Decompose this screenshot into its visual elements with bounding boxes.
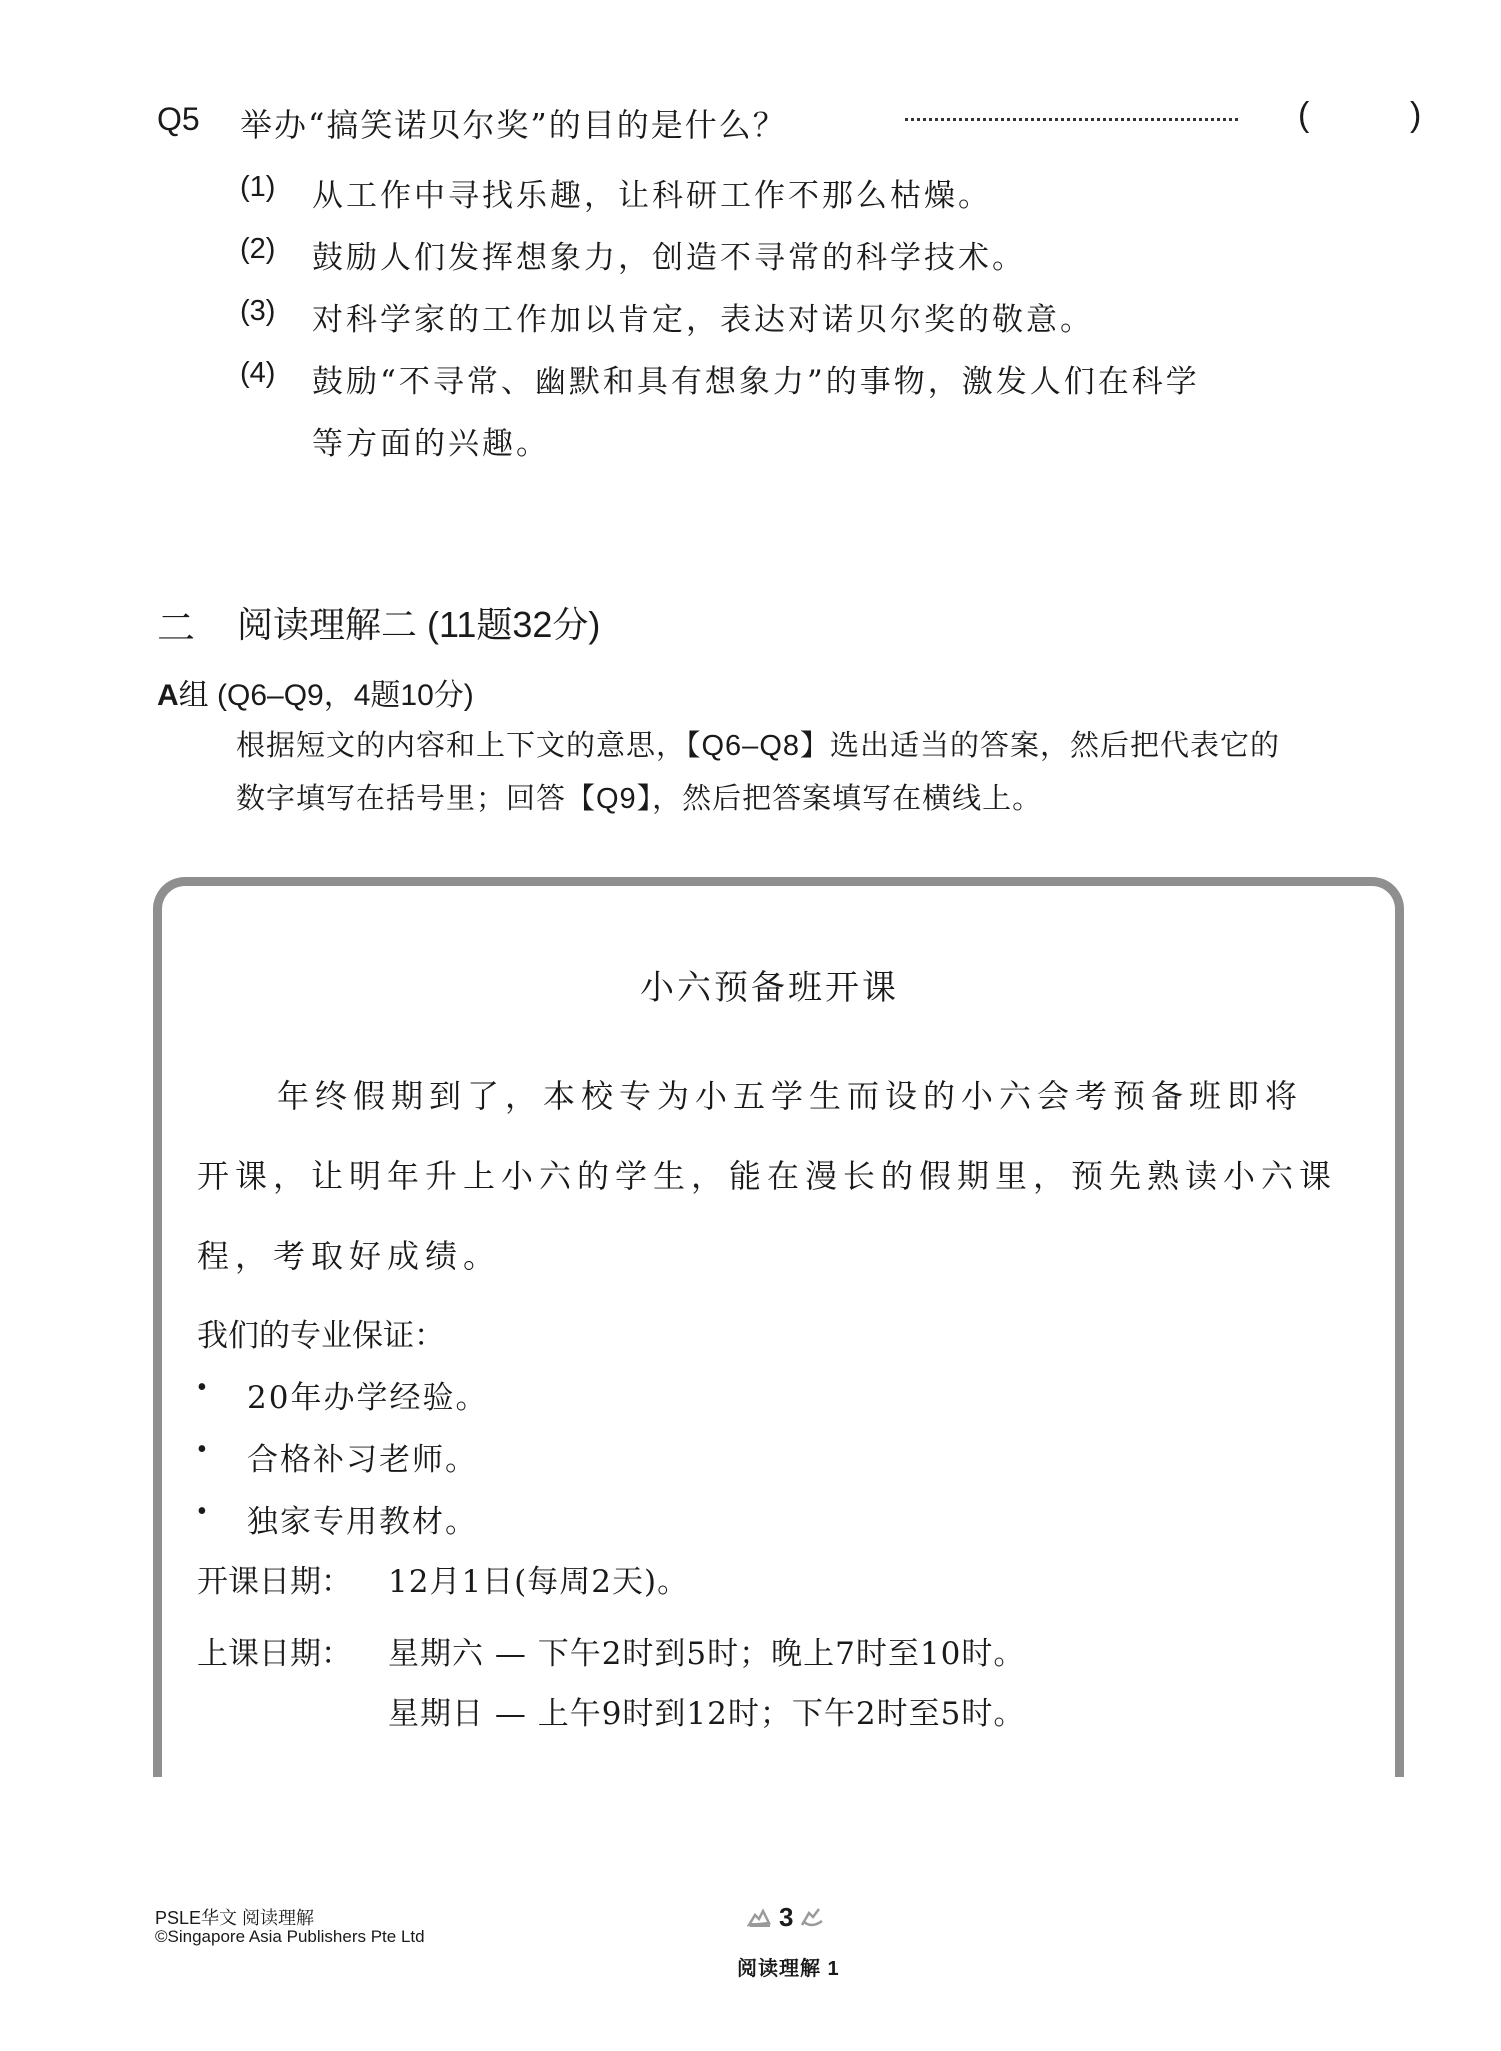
- instruction-line-1: 根据短文的内容和上下文的意思，【Q6–Q8】选出适当的答案，然后把代表它的: [236, 723, 1280, 764]
- start-date-label: 开课日期：: [197, 1556, 352, 1601]
- footer-page-number: 3: [747, 1902, 825, 1933]
- reading-hand-icon: [747, 1907, 773, 1929]
- answer-blank[interactable]: [1320, 100, 1405, 140]
- dotted-leader: [905, 118, 1238, 121]
- group-letter: A: [157, 679, 179, 712]
- bullet-icon: •: [197, 1372, 207, 1404]
- paragraph-line-3: 程，考取好成绩。: [197, 1231, 501, 1277]
- section-title: 阅读理解二 (11题32分): [237, 597, 600, 648]
- paragraph-line-1: 年终假期到了，本校专为小五学生而设的小六会考预备班即将: [277, 1071, 1303, 1117]
- footer-section-label: 阅读理解 1: [737, 1952, 840, 1981]
- option-2-text: 鼓励人们发挥想象力，创造不寻常的科学技术。: [312, 232, 1026, 277]
- instruction-line-2: 数字填写在括号里；回答【Q9】，然后把答案填写在横线上。: [236, 776, 1042, 817]
- page-number: 3: [779, 1902, 793, 1933]
- footer-copyright: ©Singapore Asia Publishers Pte Ltd: [155, 1927, 425, 1947]
- question-number: Q5: [157, 101, 200, 138]
- bullet-icon: •: [197, 1434, 207, 1466]
- option-1-number: (1): [240, 171, 275, 204]
- bullet-icon: •: [197, 1496, 207, 1528]
- option-4-text: 鼓励“不寻常、幽默和具有想象力”的事物，激发人们在科学: [312, 356, 1200, 401]
- guarantee-item-3: 独家专用教材。: [247, 1496, 478, 1541]
- answer-paren-left: (: [1298, 96, 1309, 135]
- guarantee-item-1: 20年办学经验。: [247, 1372, 488, 1417]
- option-3-number: (3): [240, 295, 275, 328]
- option-4-number: (4): [240, 357, 275, 390]
- guarantee-heading: 我们的专业保证：: [197, 1310, 445, 1355]
- option-4-text-continued: 等方面的兴趣。: [312, 418, 550, 463]
- answer-paren-right: ): [1410, 96, 1421, 135]
- option-1-text: 从工作中寻找乐趣，让科研工作不那么枯燥。: [312, 170, 992, 215]
- group-label: A组 (Q6–Q9，4题10分): [157, 670, 474, 714]
- option-3-text: 对科学家的工作加以肯定，表达对诺贝尔奖的敬意。: [312, 294, 1094, 339]
- passage-title: 小六预备班开课: [640, 960, 899, 1009]
- writing-hand-icon: [799, 1907, 825, 1929]
- group-label-rest: 组 (Q6–Q9，4题10分): [179, 679, 474, 712]
- paragraph-line-2: 开课，让明年升上小六的学生，能在漫长的假期里，预先熟读小六课: [197, 1151, 1337, 1197]
- class-time-sunday: 星期日 — 上午9时到12时；下午2时至5时。: [388, 1688, 1025, 1733]
- question-prompt: 举办“搞笑诺贝尔奖”的目的是什么？: [240, 100, 787, 146]
- guarantee-item-2: 合格补习老师。: [247, 1434, 478, 1479]
- option-2-number: (2): [240, 233, 275, 266]
- section-number: 二: [157, 597, 195, 652]
- class-time-saturday: 星期六 — 下午2时到5时；晚上7时至10时。: [388, 1628, 1025, 1673]
- box-clip: [140, 1777, 1440, 1857]
- class-time-label: 上课日期：: [197, 1628, 352, 1673]
- start-date-value: 12月1日(每周2天)。: [388, 1556, 689, 1601]
